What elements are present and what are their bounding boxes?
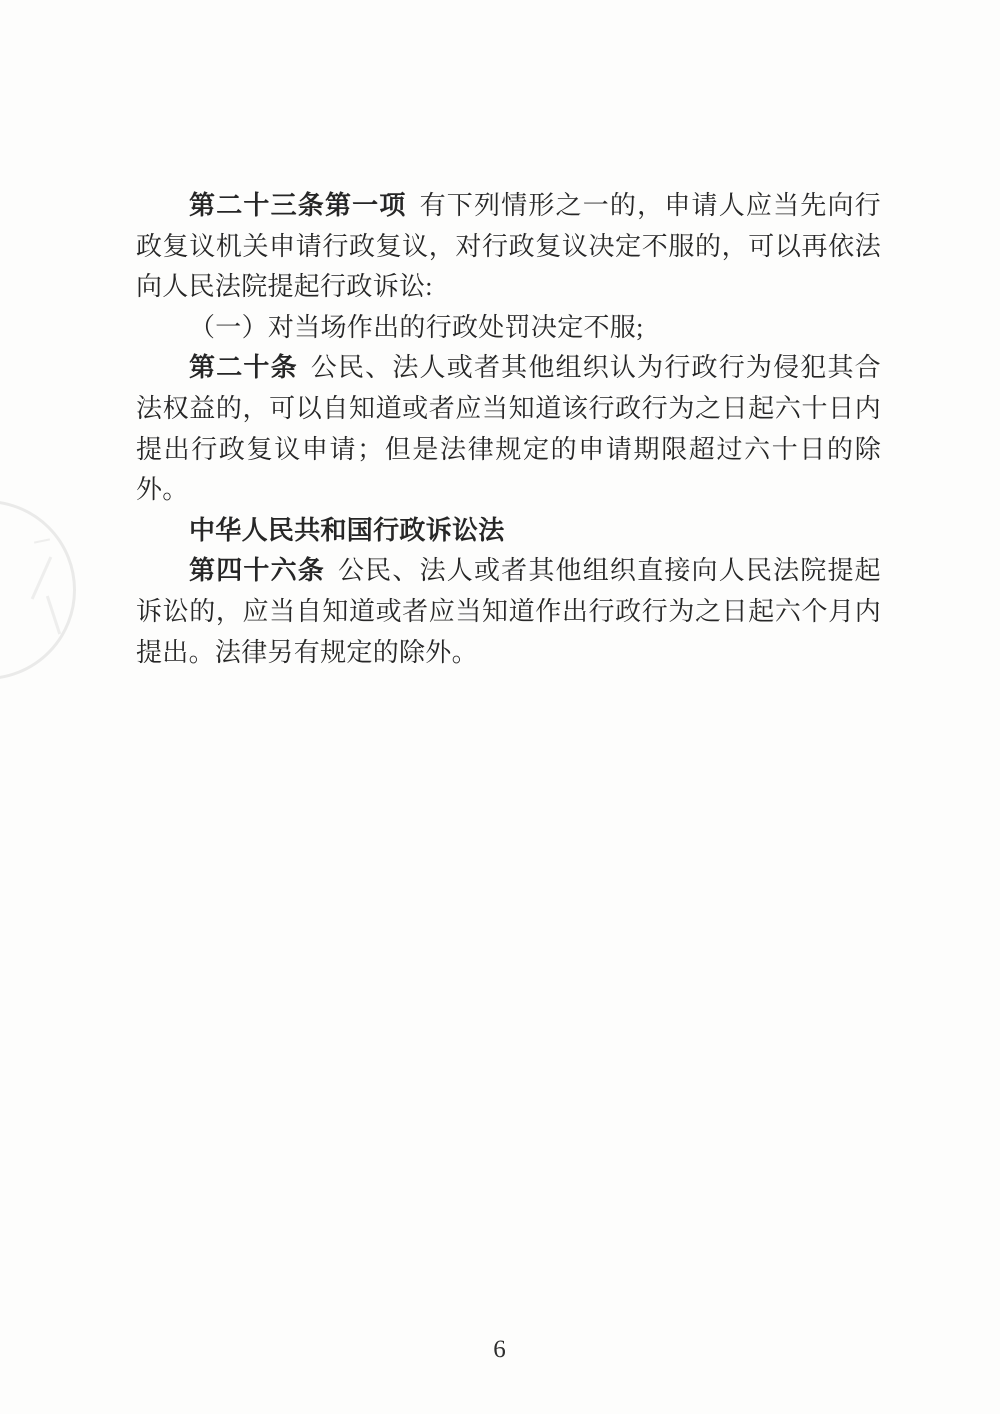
page-number: 6: [0, 1336, 1000, 1364]
line-text: 政复议机关申请行政复议，对行政复议决定不服的，可以再依法: [136, 232, 881, 261]
text-line-article-20: 第二十条公民、法人或者其他组织认为行政行为侵犯其合: [136, 348, 881, 389]
line-text: 诉讼的，应当自知道或者应当知道作出行政行为之日起六个月内: [136, 597, 881, 626]
article-number: 第二十条: [189, 353, 298, 382]
text-line: 向人民法院提起行政诉讼:: [136, 267, 881, 308]
law-title-heading: 中华人民共和国行政诉讼法: [136, 511, 881, 552]
line-text: 提出。法律另有规定的除外。: [136, 638, 478, 667]
text-line: 法权益的，可以自知道或者应当知道该行政行为之日起六十日内: [136, 389, 881, 430]
line-text: 提出行政复议申请；但是法律规定的申请期限超过六十日的除: [136, 435, 881, 464]
line-text: 向人民法院提起行政诉讼:: [136, 272, 433, 301]
line-text: 公民、法人或者其他组织认为行政行为侵犯其合: [311, 353, 881, 382]
text-line-item-1: （一）对当场作出的行政处罚决定不服;: [136, 308, 881, 349]
article-number: 第二十三条第一项: [189, 191, 407, 220]
text-line: 诉讼的，应当自知道或者应当知道作出行政行为之日起六个月内: [136, 592, 881, 633]
stamp-arc-icon: [0, 500, 76, 680]
line-text: 有下列情形之一的，申请人应当先向行: [420, 191, 881, 220]
line-text: 法权益的，可以自知道或者应当知道该行政行为之日起六十日内: [136, 394, 881, 423]
text-line: 提出。法律另有规定的除外。: [136, 633, 881, 674]
line-text: 外。: [136, 475, 189, 504]
text-line-article-23: 第二十三条第一项有下列情形之一的，申请人应当先向行: [136, 186, 881, 227]
line-text: 公民、法人或者其他组织直接向人民法院提起: [338, 556, 881, 585]
text-line: 外。: [136, 470, 881, 511]
article-number: 第四十六条: [189, 556, 325, 585]
text-line: 提出行政复议申请；但是法律规定的申请期限超过六十日的除: [136, 430, 881, 471]
text-line: 政复议机关申请行政复议，对行政复议决定不服的，可以再依法: [136, 227, 881, 268]
document-text: 第二十三条第一项有下列情形之一的，申请人应当先向行 政复议机关申请行政复议，对行…: [136, 186, 881, 673]
line-text: （一）对当场作出的行政处罚决定不服;: [189, 313, 644, 342]
law-title: 中华人民共和国行政诉讼法: [189, 516, 505, 545]
text-line-article-46: 第四十六条公民、法人或者其他组织直接向人民法院提起: [136, 551, 881, 592]
scanned-page: 第二十三条第一项有下列情形之一的，申请人应当先向行 政复议机关申请行政复议，对行…: [0, 0, 1000, 1414]
